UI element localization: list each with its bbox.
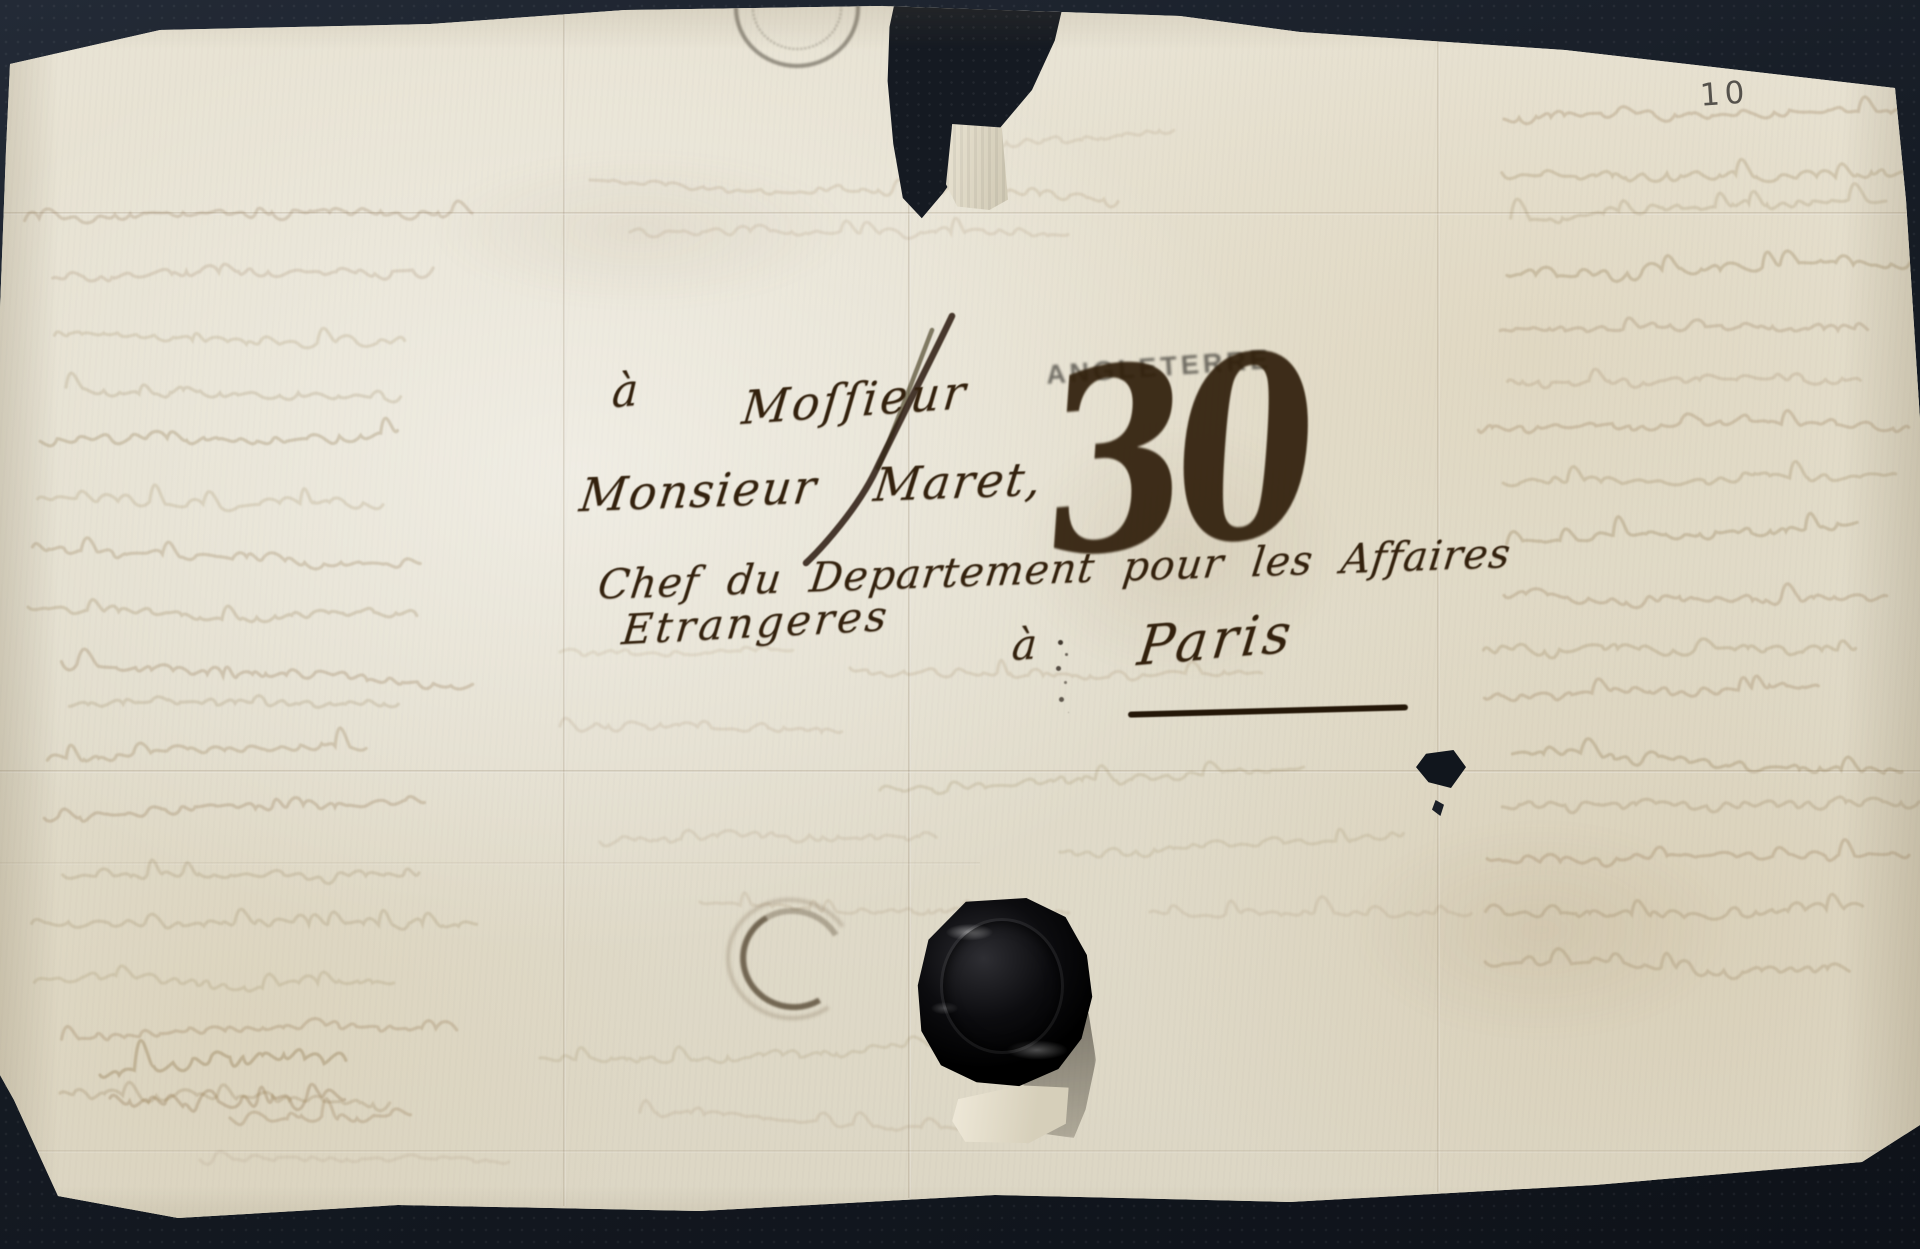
small-hole [1432,800,1444,816]
address-line-5-prefix: à [1010,619,1038,670]
address-line-5: Paris [1134,601,1298,679]
fold-crease-horizontal [0,212,1910,215]
ink-specks [1058,640,1063,645]
letter-paper: ANGLETERRE 30 à Moſſieur Monsieur Maret,… [0,0,1920,1249]
fold-crease-horizontal [0,770,1920,773]
fold-crease-vertical [1437,22,1440,1192]
address-line-1-prefix: à [611,365,640,419]
pencil-number: 10 [1699,74,1751,113]
fold-crease-vertical [563,8,566,1206]
circular-postmark [734,0,860,68]
fold-crease-horizontal [0,1150,1920,1153]
torn-paper-flap [951,1083,1072,1147]
address-line-1: Moſſieur [739,365,971,435]
photo-background: ANGLETERRE 30 à Moſſieur Monsieur Maret,… [0,0,1920,1249]
tear-paper-flap [946,124,1008,210]
small-hole [1416,750,1466,788]
address-line-2: Monsieur Maret, [577,452,1046,522]
paper-stain [430,150,850,310]
paper-stain [1350,820,1730,1040]
paris-underline [1128,704,1408,717]
fold-crease-horizontal [0,862,980,865]
ink-flourish [806,316,952,563]
